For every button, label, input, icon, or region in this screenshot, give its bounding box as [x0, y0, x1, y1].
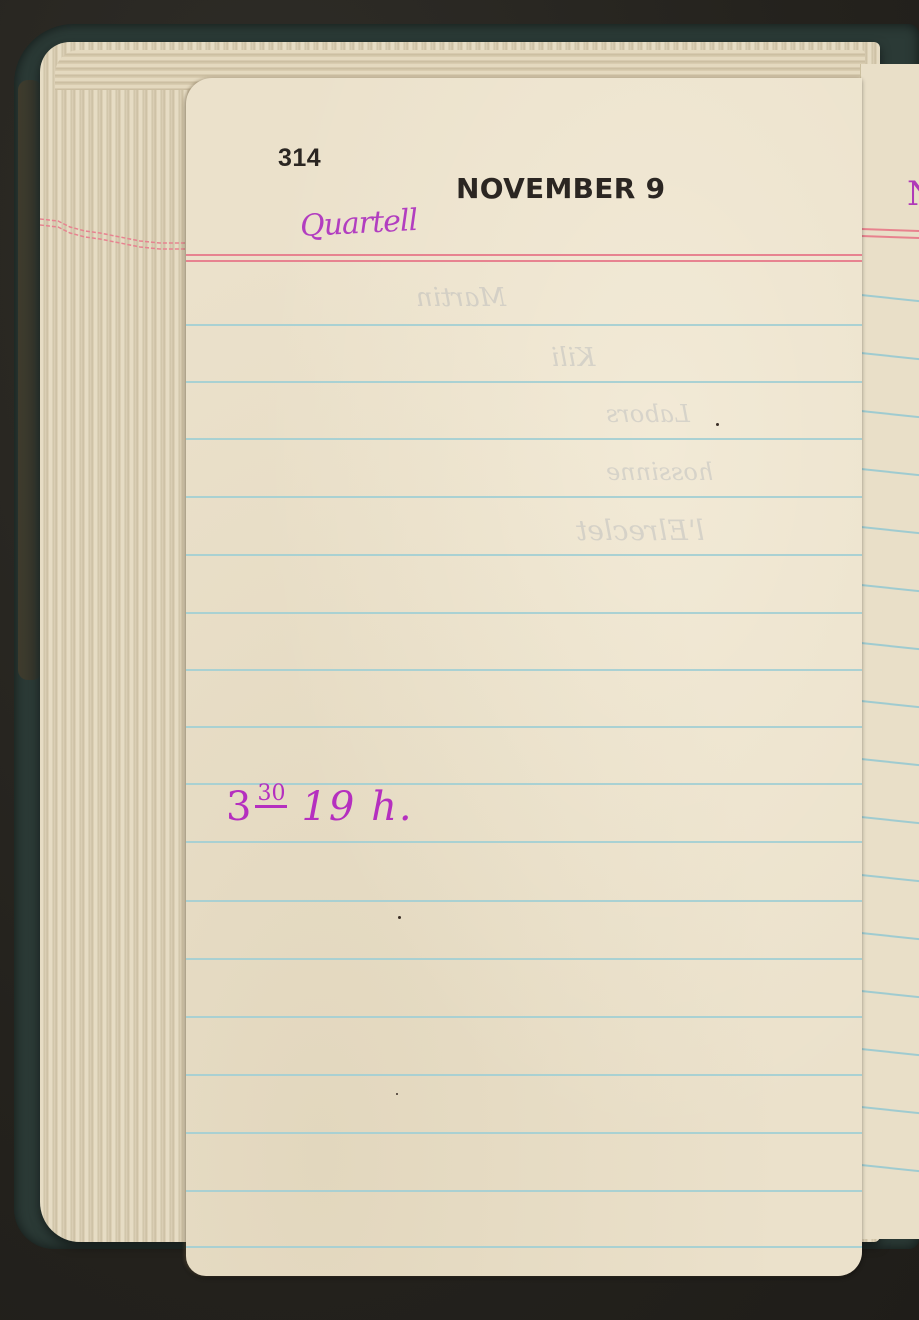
facing-blue-rule [861, 410, 919, 418]
ruled-line [186, 612, 862, 614]
ruled-line [186, 324, 862, 326]
cover-wear [18, 80, 42, 680]
facing-blue-rule [861, 874, 919, 882]
ruled-line [186, 1246, 862, 1248]
ruled-line [186, 438, 862, 440]
header-red-rule [186, 260, 862, 262]
facing-blue-rule [861, 1164, 919, 1172]
ink-speck [398, 916, 401, 919]
facing-red-rule [861, 228, 919, 232]
bleed-through-text: Kili [551, 343, 595, 373]
diary-page: 314 NOVEMBER 9 Quartell Martin Kili Labo… [186, 78, 862, 1276]
facing-blue-rule [861, 700, 919, 708]
ruled-line [186, 841, 862, 843]
facing-red-rule [861, 235, 919, 239]
facing-blue-rule [861, 758, 919, 766]
bleed-through-text: Martin [416, 283, 506, 313]
page-number: 314 [278, 144, 321, 173]
facing-blue-rule [861, 1106, 919, 1114]
ruled-line [186, 554, 862, 556]
facing-blue-rule [861, 816, 919, 824]
facing-blue-rule [861, 584, 919, 592]
bleed-through-text: l'Elreclet [576, 514, 704, 547]
ink-speck [396, 1093, 398, 1095]
ruled-line [186, 1132, 862, 1134]
facing-blue-rule [861, 642, 919, 650]
ruled-line [186, 496, 862, 498]
ink-speck [716, 423, 719, 426]
date-heading: NOVEMBER 9 [456, 172, 665, 205]
facing-blue-rule [861, 468, 919, 476]
entry-minutes: 30 [255, 785, 287, 808]
facing-blue-rule [861, 990, 919, 998]
facing-blue-rule [861, 526, 919, 534]
ruled-line [186, 726, 862, 728]
ruled-line [186, 1190, 862, 1192]
entry-hour: 3 [226, 784, 251, 830]
facing-blue-rule [861, 932, 919, 940]
handwritten-header: Quartell [299, 203, 418, 244]
entry-note: 19 h. [301, 784, 413, 830]
facing-page-heading-fragment: N [907, 174, 919, 214]
bleed-through-text: hossinne [606, 458, 713, 486]
stack-red-rule-fragments [40, 215, 190, 255]
facing-blue-rule [861, 294, 919, 302]
handwritten-time-entry: 33019 h. [226, 784, 414, 830]
facing-blue-rule [861, 1048, 919, 1056]
ruled-line [186, 1016, 862, 1018]
ruled-line [186, 1074, 862, 1076]
facing-blue-rule [861, 352, 919, 360]
facing-page-right: N [860, 64, 919, 1239]
bleed-through-text: Labors [606, 400, 690, 428]
ruled-line [186, 958, 862, 960]
header-red-rule [186, 254, 862, 256]
ruled-line [186, 381, 862, 383]
ruled-line [186, 669, 862, 671]
ruled-line [186, 900, 862, 902]
